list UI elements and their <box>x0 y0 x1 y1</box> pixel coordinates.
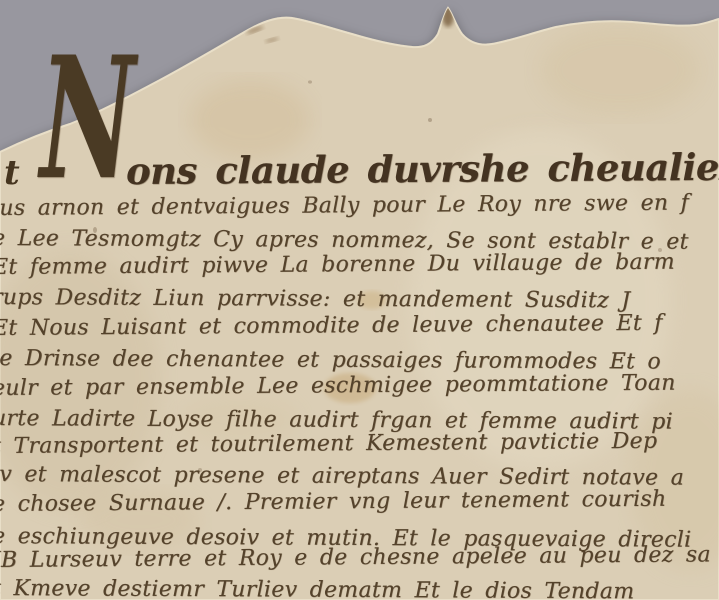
manuscript-line: t Kmeve destiemr Turliev dematm Et le di… <box>0 576 719 600</box>
manuscript-line: ius arnon et dentvaigues Bally pour Le R… <box>0 190 719 221</box>
manuscript-heading: ons claude duvrshe cheualiez de lordre <box>126 143 719 193</box>
manuscript-line: IB Lurseuv terre et Roy e de chesne apel… <box>0 542 719 573</box>
manuscript-line: t Transportent et toutrilement Kemestent… <box>0 428 719 459</box>
manuscript-line: Et femme audirt piwve La borenne Du vill… <box>0 249 719 280</box>
manuscript-line: Et Nous Luisant et commodite de leuve ch… <box>0 310 719 341</box>
manuscript-line: eulr et par ensemble Lee eschmigee peomm… <box>0 370 719 401</box>
manuscript-line: e chosee Surnaue /. Premier vng leur ten… <box>0 486 719 517</box>
heading-cutoff-letter: t <box>4 153 20 193</box>
manuscript-photograph: t N ons claude duvrshe cheualiez de lord… <box>0 0 719 600</box>
illuminated-initial: N <box>40 34 135 202</box>
manuscript-line: rups Desditz Liun parrvisse: et mandemen… <box>0 285 719 314</box>
handwritten-text-layer: t N ons claude duvrshe cheualiez de lord… <box>0 0 719 600</box>
